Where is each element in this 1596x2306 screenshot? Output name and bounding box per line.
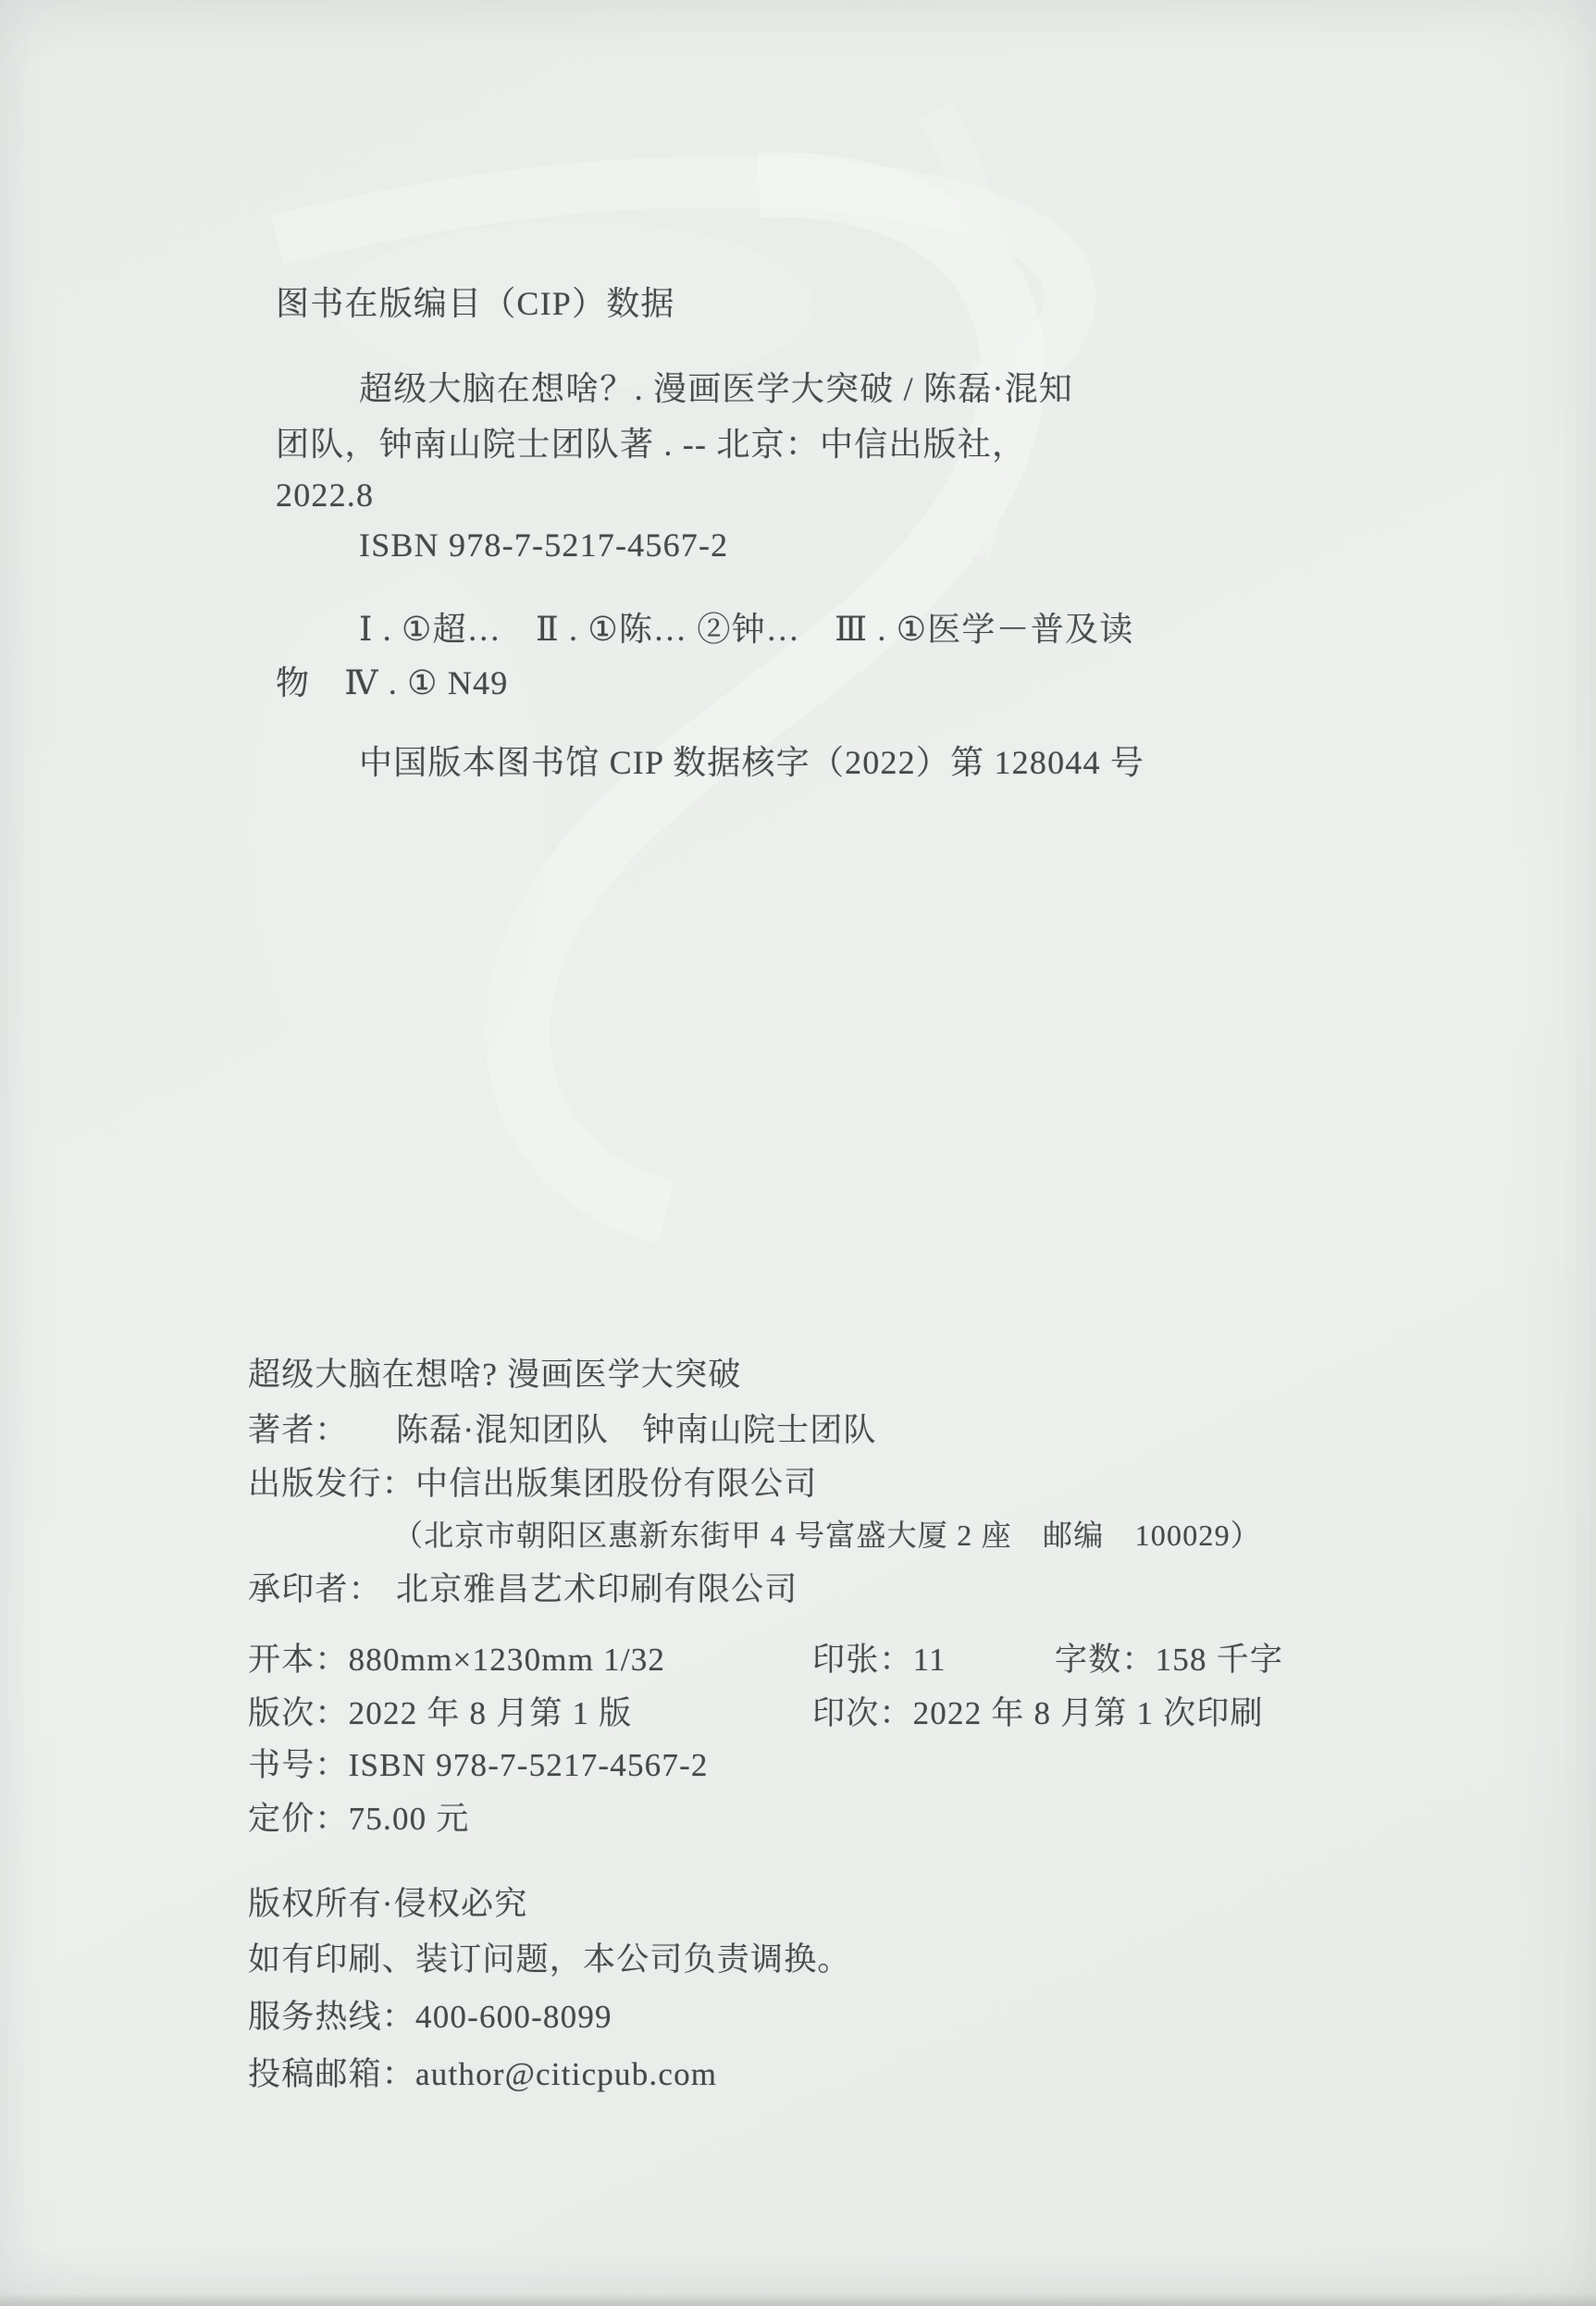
colophon-book-number-row: 书号：ISBN 978-7-5217-4567-2 <box>248 1740 709 1786</box>
cip-title-line-2: 团队，钟南山院士团队著 . -- 北京：中信出版社， <box>276 418 1026 465</box>
notice-copyright-line: 版权所有·侵权必究 <box>248 1878 527 1925</box>
book-number-value: ISBN 978-7-5217-4567-2 <box>349 1747 709 1783</box>
word-count-value: 158 千字 <box>1156 1642 1283 1678</box>
edition-label: 版次： <box>248 1688 349 1734</box>
cip-classification-line-2: 物 Ⅳ . ① N49 <box>276 657 508 704</box>
publisher-value: 中信出版集团股份有限公司 <box>415 1466 817 1502</box>
publisher-label: 出版发行： <box>248 1458 415 1505</box>
cip-title-line-3: 2022.8 <box>276 476 374 515</box>
cip-title-line-1: 超级大脑在想啥？. 漫画医学大突破 / 陈磊·混知 <box>359 363 1073 410</box>
format-label: 开本： <box>248 1634 349 1680</box>
hotline-label: 服务热线： <box>248 1991 415 2038</box>
colophon-word-count-item: 字数：158 千字 <box>1055 1634 1283 1680</box>
cip-header: 图书在版编目（CIP）数据 <box>276 278 675 325</box>
author-label: 著者： <box>248 1405 396 1451</box>
word-count-label: 字数： <box>1055 1634 1156 1680</box>
printer-value: 北京雅昌艺术印刷有限公司 <box>396 1571 798 1607</box>
colophon-impression-item: 印次：2022 年 8 月第 1 次印刷 <box>812 1688 1264 1734</box>
notice-email-row: 投稿邮箱：author@citicpub.com <box>248 2049 717 2095</box>
book-number-label: 书号： <box>248 1740 349 1786</box>
sheets-label: 印张： <box>812 1634 913 1680</box>
cip-classification-line-1: Ⅰ . ①超… Ⅱ . ①陈… ②钟… Ⅲ . ①医学－普及读 <box>359 603 1133 651</box>
colophon-sheets-item: 印张：11 <box>812 1634 946 1680</box>
edition-value: 2022 年 8 月第 1 版 <box>349 1695 633 1731</box>
author-value: 陈磊·混知团队 钟南山院士团队 <box>396 1412 877 1448</box>
sheets-value: 11 <box>913 1642 946 1678</box>
colophon-book-title: 超级大脑在想啥? 漫画医学大突破 <box>248 1349 742 1395</box>
colophon-price-row: 定价：75.00 元 <box>248 1793 470 1840</box>
cip-record-number-line: 中国版本图书馆 CIP 数据核字（2022）第 128044 号 <box>359 737 1144 784</box>
page-bottom-edge-shadow <box>0 2293 1596 2306</box>
colophon-publisher-row: 出版发行：中信出版集团股份有限公司 <box>248 1458 817 1505</box>
impression-value: 2022 年 8 月第 1 次印刷 <box>913 1695 1264 1731</box>
price-label: 定价： <box>248 1793 349 1840</box>
format-value: 880mm×1230mm 1/32 <box>349 1642 666 1678</box>
email-value: author@citicpub.com <box>415 2056 717 2092</box>
colophon-printer-row: 承印者：北京雅昌艺术印刷有限公司 <box>248 1564 798 1610</box>
colophon-publisher-address: （北京市朝阳区惠新东街甲 4 号富盛大厦 2 座 邮编 100029） <box>393 1512 1261 1555</box>
colophon-format-item: 开本：880mm×1230mm 1/32 <box>248 1634 665 1680</box>
cip-isbn-line: ISBN 978-7-5217-4567-2 <box>359 526 728 564</box>
printer-label: 承印者： <box>248 1564 396 1610</box>
colophon-author-row: 著者：陈磊·混知团队 钟南山院士团队 <box>248 1405 877 1451</box>
impression-label: 印次： <box>812 1688 913 1734</box>
price-value: 75.00 元 <box>349 1801 470 1837</box>
copyright-page: 图书在版编目（CIP）数据 超级大脑在想啥？. 漫画医学大突破 / 陈磊·混知 … <box>0 0 1596 2306</box>
hotline-value: 400-600-8099 <box>415 1999 612 2035</box>
notice-exchange-line: 如有印刷、装订问题，本公司负责调换。 <box>248 1934 851 1980</box>
email-label: 投稿邮箱： <box>248 2049 415 2095</box>
notice-hotline-row: 服务热线：400-600-8099 <box>248 1991 612 2038</box>
colophon-edition-item: 版次：2022 年 8 月第 1 版 <box>248 1688 632 1734</box>
